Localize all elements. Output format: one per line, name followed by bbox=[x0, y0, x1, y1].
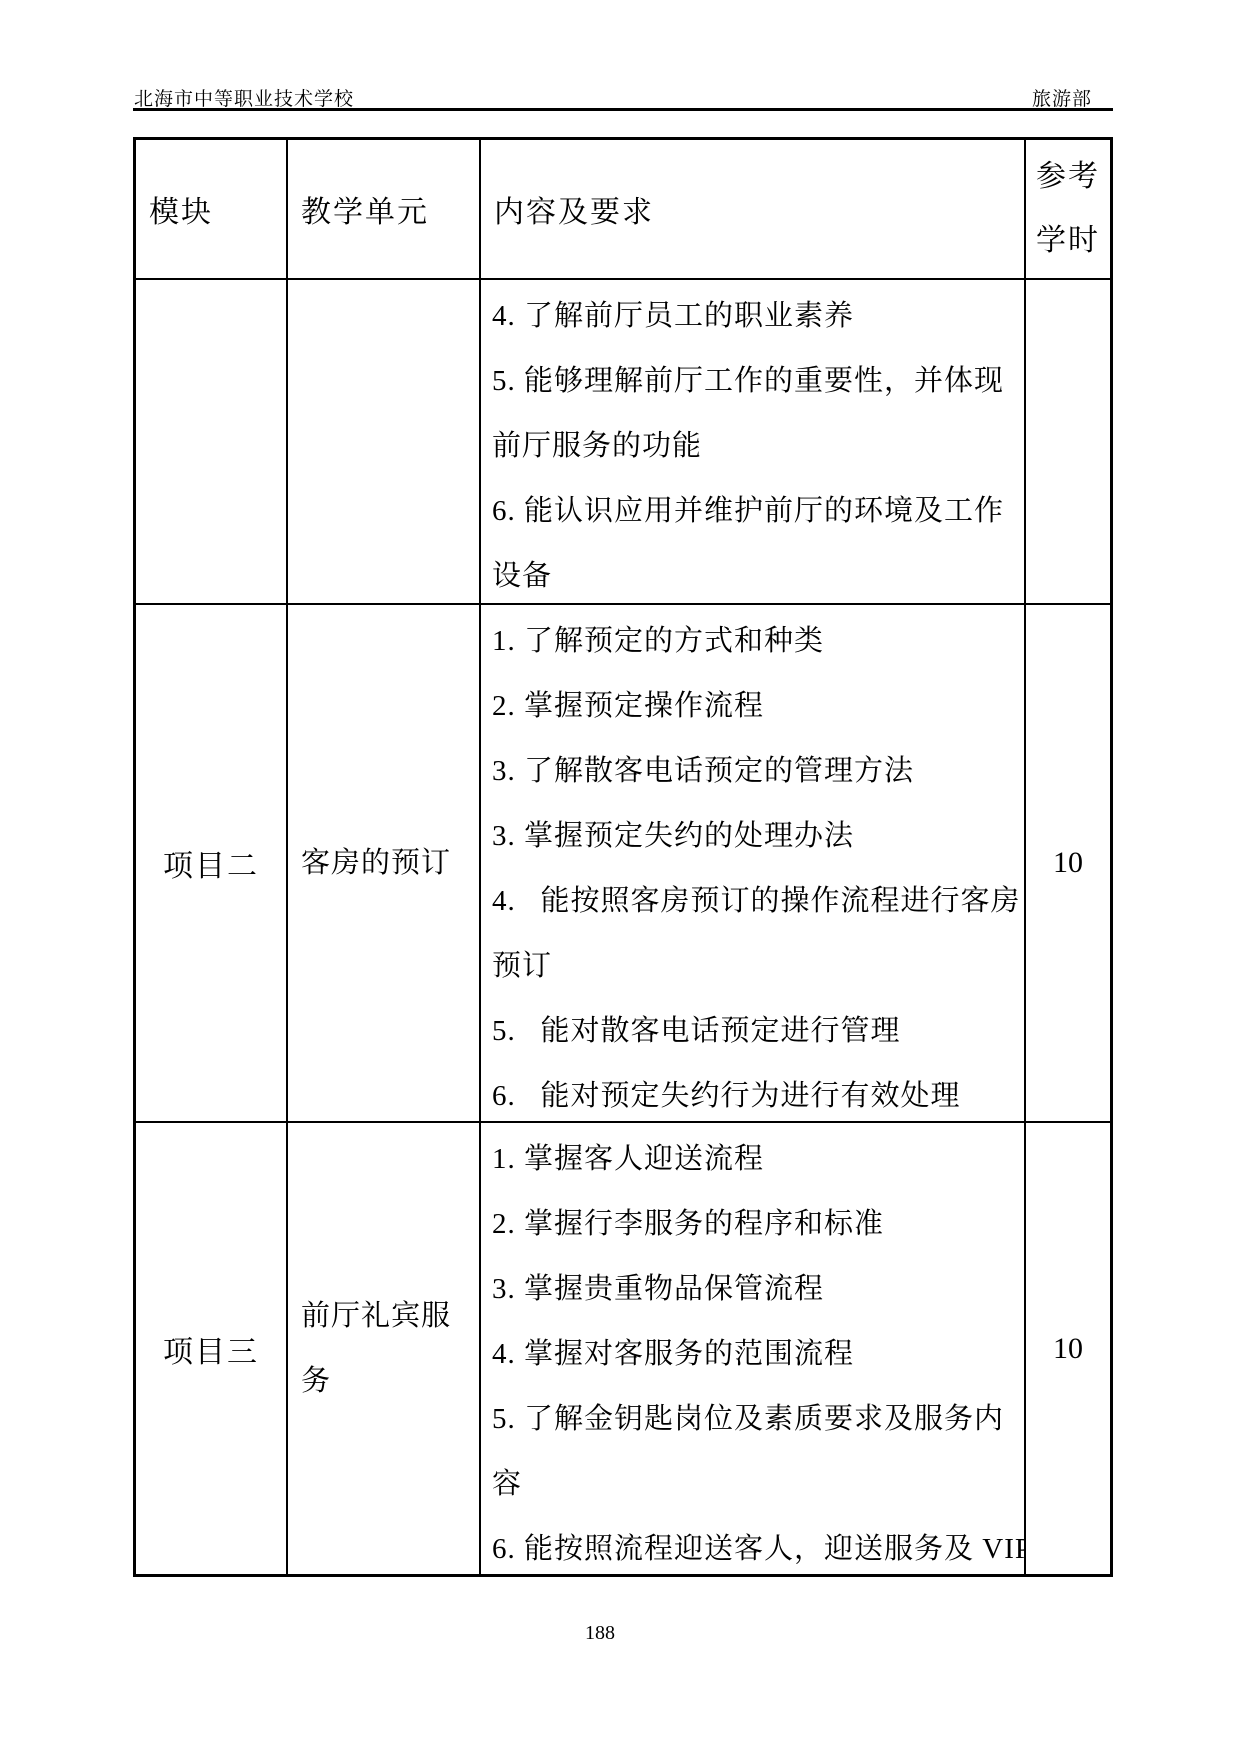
col-header-module-label: 模块 bbox=[149, 187, 213, 231]
content-line: 3. 掌握贵重物品保管流程 bbox=[492, 1254, 1020, 1319]
content-cell-row3: 1. 掌握客人迎送流程 2. 掌握行李服务的程序和标准 3. 掌握贵重物品保管流… bbox=[479, 1121, 1024, 1574]
content-line: 预订 bbox=[492, 931, 1020, 996]
col-header-hours-line2: 学时 bbox=[1036, 209, 1100, 273]
content-line: 容 bbox=[492, 1449, 1020, 1514]
module-label-row3: 项目三 bbox=[163, 1327, 259, 1371]
col-header-hours: 参考 学时 bbox=[1024, 140, 1110, 278]
module-cell-row1 bbox=[136, 278, 286, 603]
hours-value-row2: 10 bbox=[1053, 846, 1083, 880]
content-line: 6. 能认识应用并维护前厅的环境及工作 bbox=[492, 476, 1020, 541]
unit-cell-row3: 前厅礼宾服务 bbox=[286, 1121, 479, 1574]
content-line: 5. 能够理解前厅工作的重要性，并体现 bbox=[492, 346, 1020, 411]
unit-label-row3: 前厅礼宾服务 bbox=[301, 1284, 461, 1414]
content-line: 设备 bbox=[492, 541, 1020, 603]
page-number: 188 bbox=[0, 1622, 1200, 1645]
col-header-unit: 教学单元 bbox=[286, 140, 479, 278]
hours-value-row3: 10 bbox=[1053, 1332, 1083, 1366]
content-line: 1. 掌握客人迎送流程 bbox=[492, 1124, 1020, 1189]
col-header-unit-label: 教学单元 bbox=[301, 187, 429, 231]
hours-cell-row1 bbox=[1024, 278, 1110, 603]
col-header-content-label: 内容及要求 bbox=[494, 187, 654, 231]
unit-label-row2: 客房的预订 bbox=[301, 831, 451, 896]
content-cell-row1: 4. 了解前厅员工的职业素养 5. 能够理解前厅工作的重要性，并体现 前厅服务的… bbox=[479, 278, 1024, 603]
content-line: 3. 了解散客电话预定的管理方法 bbox=[492, 736, 1020, 801]
content-line: 3. 掌握预定失约的处理办法 bbox=[492, 801, 1020, 866]
content-line: 1. 了解预定的方式和种类 bbox=[492, 606, 1020, 671]
hours-cell-row2: 10 bbox=[1024, 603, 1110, 1121]
content-line: 4. 掌握对客服务的范围流程 bbox=[492, 1319, 1020, 1384]
module-label-row2: 项目二 bbox=[163, 841, 259, 885]
content-line: 4. 能按照客房预订的操作流程进行客房 bbox=[492, 866, 1020, 931]
module-cell-row3: 项目三 bbox=[136, 1121, 286, 1574]
page-header-school: 北海市中等职业技术学校 bbox=[134, 84, 354, 111]
unit-cell-row2: 客房的预订 bbox=[286, 603, 479, 1121]
content-line: 5. 了解金钥匙岗位及素质要求及服务内 bbox=[492, 1384, 1020, 1449]
hours-cell-row3: 10 bbox=[1024, 1121, 1110, 1574]
col-header-hours-line1: 参考 bbox=[1036, 145, 1100, 209]
module-cell-row2: 项目二 bbox=[136, 603, 286, 1121]
curriculum-table: 模块 教学单元 内容及要求 参考 学时 4. 了解前厅员工的职业素养 5. 能够… bbox=[133, 137, 1113, 1577]
page-header-department: 旅游部 bbox=[1032, 84, 1092, 111]
content-line: 6. 能按照流程迎送客人，迎送服务及 VIP bbox=[492, 1514, 1020, 1574]
content-line: 5. 能对散客电话预定进行管理 bbox=[492, 996, 1020, 1061]
content-line: 前厅服务的功能 bbox=[492, 411, 1020, 476]
content-cell-row2: 1. 了解预定的方式和种类 2. 掌握预定操作流程 3. 了解散客电话预定的管理… bbox=[479, 603, 1024, 1121]
unit-cell-row1 bbox=[286, 278, 479, 603]
col-header-module: 模块 bbox=[136, 140, 286, 278]
content-line: 6. 能对预定失约行为进行有效处理 bbox=[492, 1061, 1020, 1121]
content-line: 2. 掌握预定操作流程 bbox=[492, 671, 1020, 736]
header-rule bbox=[133, 108, 1113, 111]
content-line: 2. 掌握行李服务的程序和标准 bbox=[492, 1189, 1020, 1254]
content-line: 4. 了解前厅员工的职业素养 bbox=[492, 281, 1020, 346]
col-header-content: 内容及要求 bbox=[479, 140, 1024, 278]
